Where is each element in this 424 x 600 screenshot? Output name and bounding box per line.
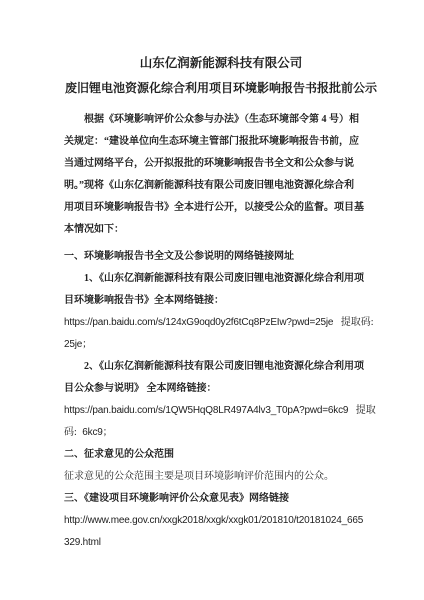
document-page: 山东亿润新能源科技有限公司 废旧锂电池资源化综合利用项目环境影响报告书报批前公示…: [0, 0, 424, 554]
intro-line: 用项目环境影响报告书》全本进行公开，以接受公众的监督。项目基: [64, 197, 378, 219]
report-item-line2: 目环境影响报告书》全本网络链接：: [64, 290, 378, 312]
participation-extract-code: 6kc9；: [82, 427, 112, 438]
intro-line: 本情况如下：: [64, 219, 378, 241]
section2-body: 征求意见的公众范围主要是项目环境影响评价范围内的公众。: [64, 466, 378, 488]
report-pan-url: https://pan.baidu.com/s/124xG9oqd0y2f6tC…: [64, 317, 333, 328]
report-item-line1: 1、《山东亿润新能源科技有限公司废旧锂电池资源化综合利用项: [64, 268, 378, 290]
form-url-line2: 329.html: [64, 532, 378, 554]
participation-item-line1: 2、《山东亿润新能源科技有限公司废旧锂电池资源化综合利用项: [64, 356, 378, 378]
report-code-line: 25je；: [64, 334, 378, 356]
extract-code-label: 提取: [356, 405, 376, 416]
form-url-part2: 329.html: [64, 537, 101, 548]
intro-line: 当通过网络平台，公开拟报批的环境影响报告书全文和公众参与说: [64, 153, 378, 175]
form-url-part1: http://www.mee.gov.cn/xxgk2018/xxgk/xxgk…: [64, 515, 363, 526]
announcement-title: 废旧锂电池资源化综合利用项目环境影响报告书报批前公示: [64, 77, 378, 99]
participation-pan-url: https://pan.baidu.com/s/1QW5HqQ8LR497A4l…: [64, 405, 348, 416]
extract-code-label: 提取码:: [341, 317, 374, 328]
intro-line: 关规定：“建设单位向生态环境主管部门报批环境影响报告书前，应: [64, 131, 378, 153]
participation-item-line2: 目公众参与说明》 全本网络链接：: [64, 378, 378, 400]
company-title: 山东亿润新能源科技有限公司: [64, 52, 378, 74]
extract-code-label-wrap: 码:: [64, 427, 77, 438]
section2-heading: 二、征求意见的公众范围: [64, 444, 378, 466]
report-extract-code: 25je；: [64, 339, 92, 350]
participation-url-line: https://pan.baidu.com/s/1QW5HqQ8LR497A4l…: [64, 400, 378, 422]
intro-line: 明。”现将《山东亿润新能源科技有限公司废旧锂电池资源化综合利: [64, 175, 378, 197]
section3-heading: 三、《建设项目环境影响评价公众意见表》网络链接: [64, 488, 378, 510]
form-url-line1: http://www.mee.gov.cn/xxgk2018/xxgk/xxgk…: [64, 510, 378, 532]
participation-code-line: 码: 6kc9；: [64, 422, 378, 444]
report-url-line: https://pan.baidu.com/s/124xG9oqd0y2f6tC…: [64, 312, 378, 334]
intro-paragraph: 根据《环境影响评价公众参与办法》（生态环境部令第 4 号）相 关规定：“建设单位…: [64, 109, 378, 241]
section1-heading: 一、环境影响报告书全文及公参说明的网络链接网址: [64, 246, 378, 268]
intro-line: 根据《环境影响评价公众参与办法》（生态环境部令第 4 号）相: [64, 109, 378, 131]
